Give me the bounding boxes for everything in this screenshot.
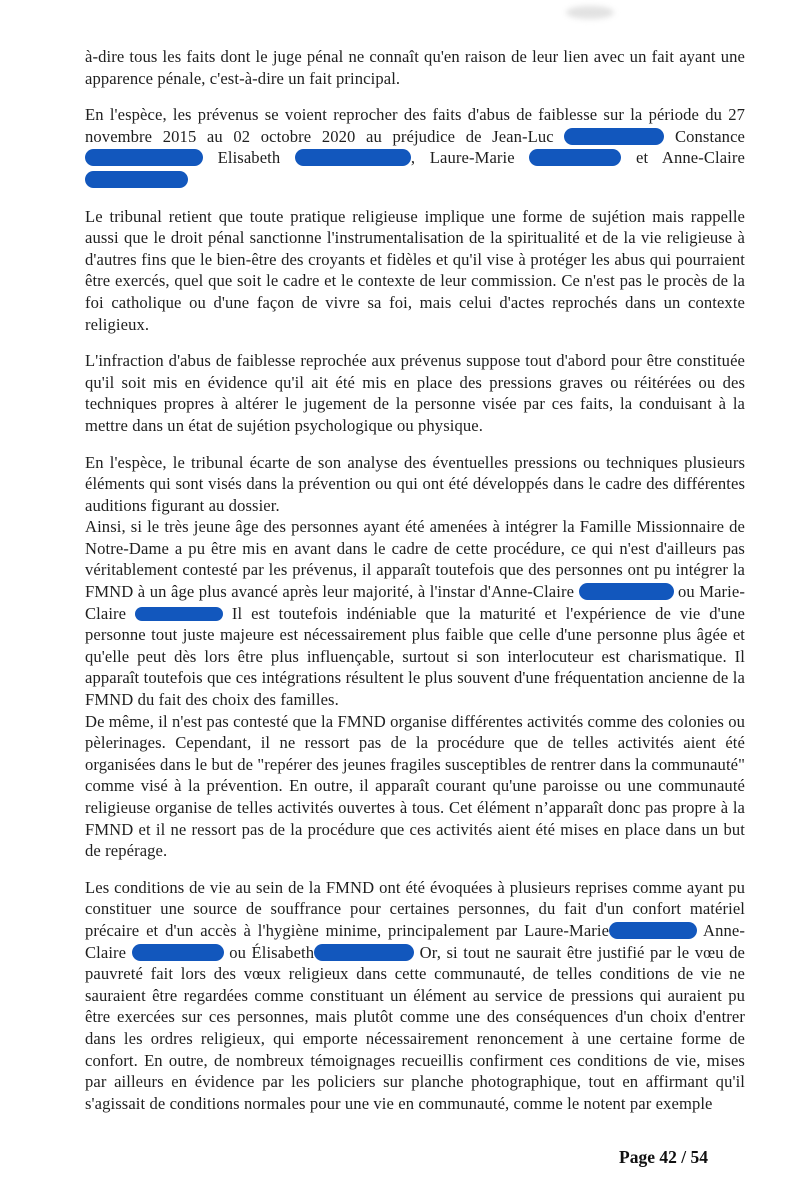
paragraph: Ainsi, si le très jeune âge des personne…: [85, 516, 745, 710]
paragraph-text: à-dire tous les faits dont le juge pénal…: [85, 47, 745, 88]
redaction-bar: [132, 944, 224, 961]
redaction-bar: [295, 149, 411, 166]
paragraph-text: et Anne-Claire: [621, 148, 745, 167]
paragraph-text: Or, si tout ne saurait être justifié par…: [85, 943, 745, 1113]
paragraph-group-5: En l'espèce, le tribunal écarte de son a…: [85, 452, 745, 862]
redaction-bar: [609, 922, 697, 939]
redaction-bar: [579, 583, 674, 600]
redaction-bar: [135, 607, 223, 621]
redaction-bar: [314, 944, 414, 961]
redaction-bar: [85, 171, 188, 188]
paragraph: En l'espèce, le tribunal écarte de son a…: [85, 452, 745, 517]
paragraph-text: De même, il n'est pas contesté que la FM…: [85, 712, 745, 861]
paragraph: En l'espèce, les prévenus se voient repr…: [85, 104, 745, 190]
scan-artifact: [566, 6, 614, 19]
redaction-bar: [529, 149, 621, 166]
paragraph: Le tribunal retient que toute pratique r…: [85, 206, 745, 336]
paragraph: De même, il n'est pas contesté que la FM…: [85, 711, 745, 862]
paragraph-text: Elisabeth: [203, 148, 295, 167]
paragraph: à-dire tous les faits dont le juge pénal…: [85, 46, 745, 89]
paragraph-group-4: L'infraction d'abus de faiblesse reproch…: [85, 350, 745, 436]
page-number: Page 42 / 54: [619, 1147, 708, 1168]
redaction-bar: [564, 128, 664, 145]
paragraph: L'infraction d'abus de faiblesse reproch…: [85, 350, 745, 436]
paragraph-group-2: En l'espèce, les prévenus se voient repr…: [85, 104, 745, 190]
paragraph-text: , Laure-Marie: [411, 148, 529, 167]
paragraph-text: L'infraction d'abus de faiblesse reproch…: [85, 351, 745, 435]
paragraph-text: En l'espèce, le tribunal écarte de son a…: [85, 453, 745, 515]
document-page: à-dire tous les faits dont le juge pénal…: [85, 46, 745, 1114]
paragraph-text: ou Élisabeth: [224, 943, 314, 962]
paragraph-text: Constance: [664, 127, 745, 146]
paragraph-group-3: Le tribunal retient que toute pratique r…: [85, 206, 745, 336]
paragraph-group-6: Les conditions de vie au sein de la FMND…: [85, 877, 745, 1115]
paragraph-text: Le tribunal retient que toute pratique r…: [85, 207, 745, 334]
paragraph: Les conditions de vie au sein de la FMND…: [85, 877, 745, 1115]
paragraph-group-1: à-dire tous les faits dont le juge pénal…: [85, 46, 745, 89]
redaction-bar: [85, 149, 203, 166]
